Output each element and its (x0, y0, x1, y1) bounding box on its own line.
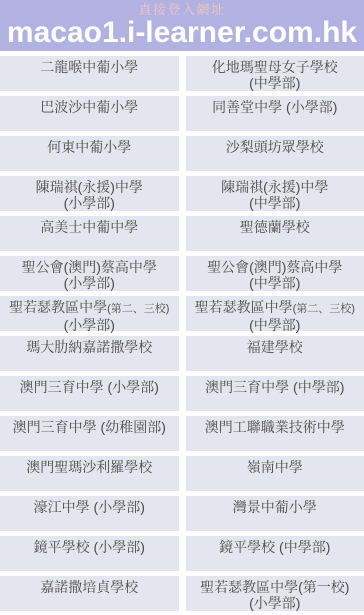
school-name-line: 福建學校 (247, 339, 303, 355)
school-cell[interactable]: 澳門工聯職業技術中學 (186, 416, 364, 451)
school-name-line: 澳門聖瑪沙利羅學校 (26, 459, 152, 475)
school-name-text: 嶺南中學 (247, 459, 303, 475)
school-name-text: (小學部) (64, 317, 115, 333)
school-name-line: 聖公會(澳門)蔡高中學 (207, 259, 342, 275)
school-name-text: 化地瑪聖母女子學校 (212, 59, 338, 75)
school-cell[interactable]: 沙梨頭坊眾學校 (186, 136, 364, 171)
header-banner: 直接登入網址 macao1.i-learner.com.hk (0, 0, 364, 51)
school-grid: 二龍喉中葡小學化地瑪聖母女子學校(中學部)巴波沙中葡小學同善堂中學 (小學部)何… (0, 56, 364, 611)
login-tagline: 直接登入網址 (0, 2, 364, 17)
school-name-line: 灣景中葡小學 (233, 499, 317, 515)
school-name-line: 同善堂中學 (小學部) (212, 99, 337, 115)
school-name-line: 聖若瑟教區中學(第一校) (200, 579, 349, 595)
school-cell[interactable]: 聖德蘭學校 (186, 216, 364, 251)
school-name-line: (中學部) (249, 317, 300, 333)
school-name-line: 嶺南中學 (247, 459, 303, 475)
school-name-text: (第二、三校) (293, 303, 355, 315)
school-name-text: 陳瑞祺(永援)中學 (221, 179, 328, 195)
school-cell[interactable]: 陳瑞祺(永援)中學(中學部) (186, 176, 364, 211)
school-name-text: 陳瑞祺(永援)中學 (36, 179, 143, 195)
school-name-line: 二龍喉中葡小學 (40, 59, 138, 75)
school-cell[interactable]: 澳門三育中學 (幼稚園部) (0, 416, 179, 451)
school-name-line: 化地瑪聖母女子學校 (212, 59, 338, 75)
school-name-line: 瑪大肋納嘉諾撒學校 (26, 339, 152, 355)
school-cell[interactable]: 澳門三育中學 (中學部) (186, 376, 364, 411)
school-name-line: 聖德蘭學校 (240, 219, 310, 235)
school-name-text: (中學部) (249, 195, 300, 211)
school-name-text: 澳門三育中學 (幼稚園部) (13, 419, 166, 435)
school-name-line: (中學部) (249, 195, 300, 211)
school-name-line: 高美士中葡中學 (40, 219, 138, 235)
school-cell[interactable]: 聖若瑟教區中學(第二、三校)(小學部) (0, 296, 179, 331)
school-name-line: (中學部) (249, 75, 300, 91)
school-name-text: 瑪大肋納嘉諾撒學校 (26, 339, 152, 355)
school-name-text: 嘉諾撒培貞學校 (40, 579, 138, 595)
school-name-line: 嘉諾撒培貞學校 (40, 579, 138, 595)
school-cell[interactable]: 瑪大肋納嘉諾撒學校 (0, 336, 179, 371)
school-cell[interactable]: 聖若瑟教區中學(第一校)(小學部) (186, 576, 364, 611)
school-cell[interactable]: 鏡平學校 (小學部) (0, 536, 179, 571)
school-name-line: 澳門三育中學 (小學部) (20, 379, 159, 395)
school-name-line: 澳門工聯職業技術中學 (205, 419, 345, 435)
school-name-text: 澳門聖瑪沙利羅學校 (26, 459, 152, 475)
school-name-line: 濠江中學 (小學部) (34, 499, 145, 515)
school-name-text: 澳門工聯職業技術中學 (205, 419, 345, 435)
school-name-text: (小學部) (64, 275, 115, 291)
school-name-text: 沙梨頭坊眾學校 (226, 139, 324, 155)
school-name-text: (中學部) (249, 275, 300, 291)
school-name-text: 濠江中學 (小學部) (34, 499, 145, 515)
school-name-line: 沙梨頭坊眾學校 (226, 139, 324, 155)
school-cell[interactable]: 聖公會(澳門)蔡高中學(中學部) (186, 256, 364, 291)
school-name-line: 聖若瑟教區中學(第二、三校) (195, 299, 355, 317)
school-name-text: (小學部) (64, 195, 115, 211)
school-name-text: 灣景中葡小學 (233, 499, 317, 515)
school-name-line: (小學部) (64, 317, 115, 333)
school-cell[interactable]: 巴波沙中葡小學 (0, 96, 179, 131)
school-name-line: (小學部) (64, 275, 115, 291)
school-name-line: 何東中葡小學 (47, 139, 131, 155)
school-name-text: 鏡平學校 (中學部) (219, 539, 330, 555)
school-name-line: 聖公會(澳門)蔡高中學 (22, 259, 157, 275)
school-name-line: 澳門三育中學 (幼稚園部) (13, 419, 166, 435)
school-cell[interactable]: 福建學校 (186, 336, 364, 371)
school-name-text: 鏡平學校 (小學部) (34, 539, 145, 555)
school-name-line: (小學部) (249, 595, 300, 611)
school-cell[interactable]: 二龍喉中葡小學 (0, 56, 179, 91)
school-cell[interactable]: 聖若瑟教區中學(第二、三校)(中學部) (186, 296, 364, 331)
login-url: macao1.i-learner.com.hk (0, 17, 364, 48)
school-name-text: 巴波沙中葡小學 (40, 99, 138, 115)
school-cell[interactable]: 高美士中葡中學 (0, 216, 179, 251)
school-name-text: 聖德蘭學校 (240, 219, 310, 235)
school-name-text: 二龍喉中葡小學 (40, 59, 138, 75)
school-cell[interactable]: 嘉諾撒培貞學校 (0, 576, 179, 611)
school-name-line: (中學部) (249, 275, 300, 291)
school-cell[interactable]: 澳門聖瑪沙利羅學校 (0, 456, 179, 491)
school-name-text: 高美士中葡中學 (40, 219, 138, 235)
school-name-text: 澳門三育中學 (小學部) (20, 379, 159, 395)
school-cell[interactable]: 陳瑞祺(永援)中學(小學部) (0, 176, 179, 211)
school-cell[interactable]: 灣景中葡小學 (186, 496, 364, 531)
school-name-line: 澳門三育中學 (中學部) (205, 379, 344, 395)
school-name-text: (第二、三校) (107, 303, 169, 315)
school-name-line: 鏡平學校 (中學部) (219, 539, 330, 555)
school-name-text: (小學部) (249, 595, 300, 611)
school-cell[interactable]: 濠江中學 (小學部) (0, 496, 179, 531)
school-name-text: (中學部) (249, 317, 300, 333)
school-name-text: 福建學校 (247, 339, 303, 355)
school-cell[interactable]: 澳門三育中學 (小學部) (0, 376, 179, 411)
school-name-line: 巴波沙中葡小學 (40, 99, 138, 115)
school-name-text: 聖若瑟教區中學 (195, 299, 293, 315)
school-name-text: 聖若瑟教區中學(第一校) (200, 579, 349, 595)
school-name-line: 鏡平學校 (小學部) (34, 539, 145, 555)
school-name-text: 聖公會(澳門)蔡高中學 (207, 259, 342, 275)
school-name-line: (小學部) (64, 195, 115, 211)
school-cell[interactable]: 聖公會(澳門)蔡高中學(小學部) (0, 256, 179, 291)
school-name-text: (中學部) (249, 75, 300, 91)
school-name-line: 聖若瑟教區中學(第二、三校) (9, 299, 169, 317)
school-cell[interactable]: 同善堂中學 (小學部) (186, 96, 364, 131)
school-cell[interactable]: 嶺南中學 (186, 456, 364, 491)
school-name-line: 陳瑞祺(永援)中學 (221, 179, 328, 195)
school-name-text: 聖公會(澳門)蔡高中學 (22, 259, 157, 275)
school-name-text: 聖若瑟教區中學 (9, 299, 107, 315)
page: 直接登入網址 macao1.i-learner.com.hk 二龍喉中葡小學化地… (0, 0, 364, 615)
school-cell[interactable]: 何東中葡小學 (0, 136, 179, 171)
school-name-line: 陳瑞祺(永援)中學 (36, 179, 143, 195)
school-name-text: 何東中葡小學 (47, 139, 131, 155)
school-cell[interactable]: 鏡平學校 (中學部) (186, 536, 364, 571)
school-cell[interactable]: 化地瑪聖母女子學校(中學部) (186, 56, 364, 91)
school-name-text: 同善堂中學 (小學部) (212, 99, 337, 115)
school-name-text: 澳門三育中學 (中學部) (205, 379, 344, 395)
